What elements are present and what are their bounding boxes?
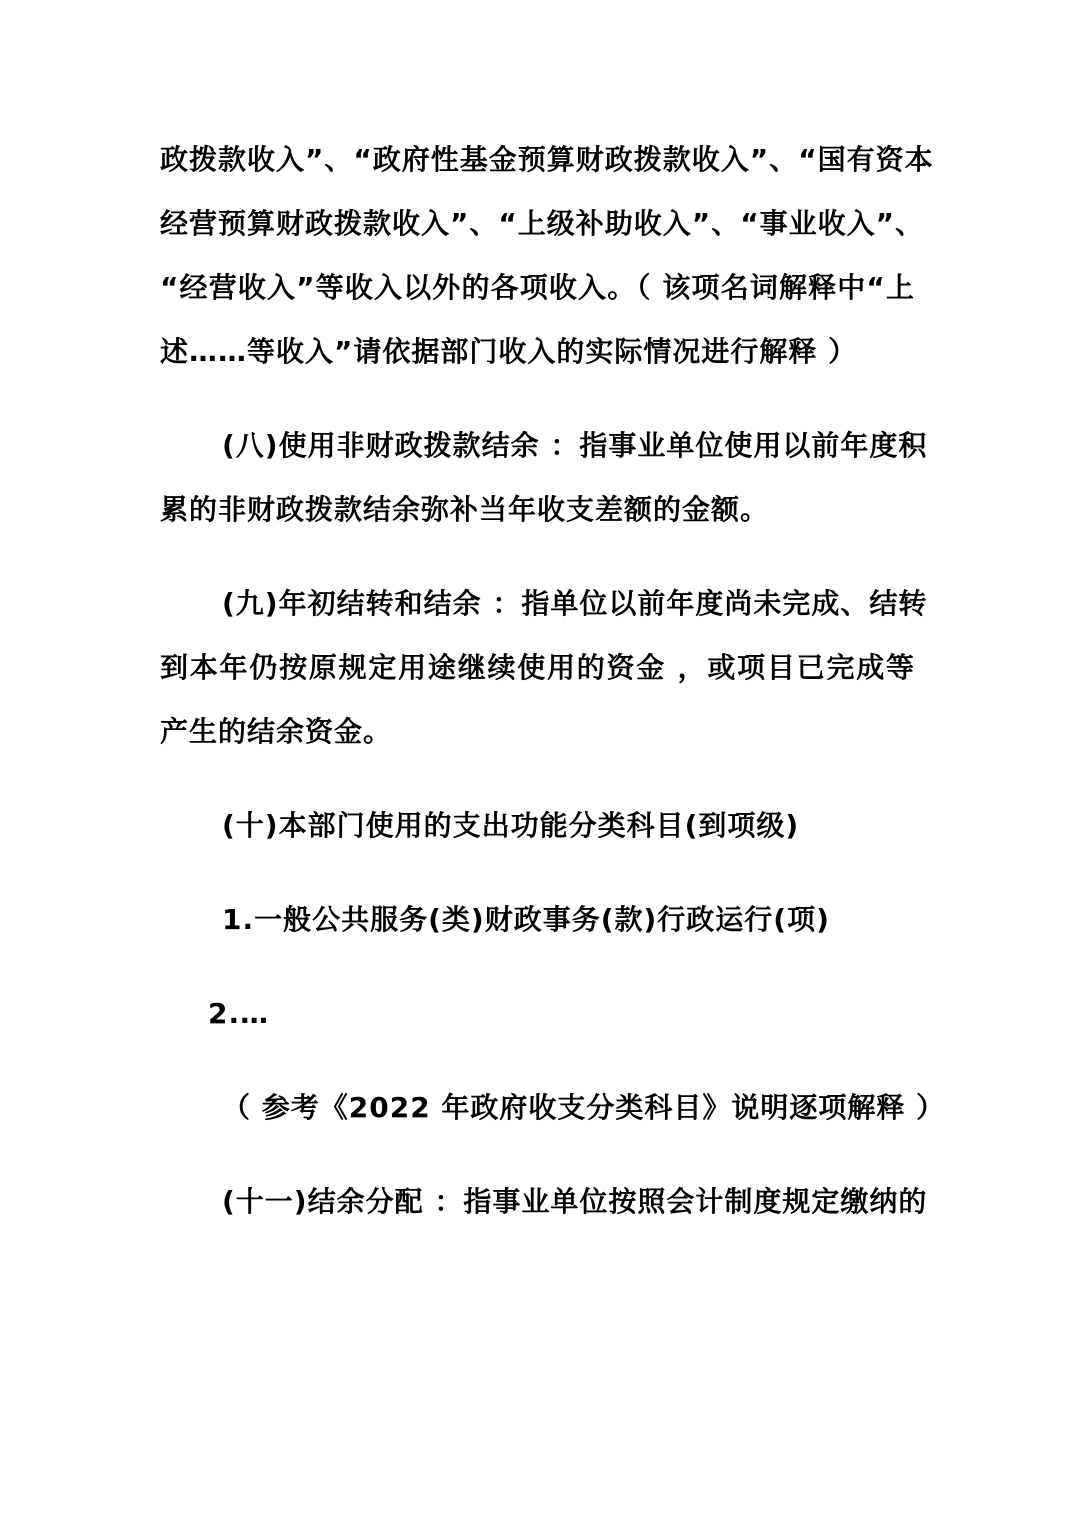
text-line: (九)年初结转和结余 ：指单位以前年度尚未完成、结转 bbox=[160, 572, 915, 636]
text-line: 到本年仍按原规定用途继续使用的资金 ，或项目已完成等 bbox=[160, 636, 915, 700]
text-line: (十)本部门使用的支出功能分类科目(到项级) bbox=[160, 794, 915, 858]
paragraph-item-9-year-begin-carryover: (九)年初结转和结余 ：指单位以前年度尚未完成、结转 到本年仍按原规定用途继续使… bbox=[160, 572, 915, 764]
text-line: “经营收入”等收入以外的各项收入。（ 该项名词解释中“上 bbox=[160, 256, 915, 320]
paragraph-reference-note-2022: （ 参考《2022 年政府收支分类科目》说明逐项解释 ） bbox=[160, 1076, 915, 1140]
paragraph-subitem-1-public-service: 1.一般公共服务(类)财政事务(款)行政运行(项) bbox=[160, 888, 915, 952]
text-line: 经营预算财政拨款收入”、“上级补助收入”、“事业收入”、 bbox=[160, 192, 915, 256]
text-line: (十一)结余分配 ：指事业单位按照会计制度规定缴纳的 bbox=[160, 1170, 915, 1234]
text-line: 1.一般公共服务(类)财政事务(款)行政运行(项) bbox=[160, 888, 915, 952]
paragraph-item-10-expense-classification: (十)本部门使用的支出功能分类科目(到项级) bbox=[160, 794, 915, 858]
paragraph-item-8-non-fiscal-carryover: (八)使用非财政拨款结余 ：指事业单位使用以前年度积 累的非财政拨款结余弥补当年… bbox=[160, 414, 915, 542]
text-line: （ 参考《2022 年政府收支分类科目》说明逐项解释 ） bbox=[160, 1076, 915, 1140]
paragraph-other-income-continuation: 政拨款收入”、“政府性基金预算财政拨款收入”、“国有资本 经营预算财政拨款收入”… bbox=[160, 128, 915, 384]
text-line: 累的非财政拨款结余弥补当年收支差额的金额。 bbox=[160, 478, 915, 542]
text-line: 2.… bbox=[160, 982, 915, 1046]
text-line: 政拨款收入”、“政府性基金预算财政拨款收入”、“国有资本 bbox=[160, 128, 915, 192]
text-line: 述……等收入”请依据部门收入的实际情况进行解释 ） bbox=[160, 320, 915, 384]
text-line: 产生的结余资金。 bbox=[160, 700, 915, 764]
document-page: 政拨款收入”、“政府性基金预算财政拨款收入”、“国有资本 经营预算财政拨款收入”… bbox=[0, 0, 1075, 1521]
paragraph-subitem-2-ellipsis: 2.… bbox=[160, 982, 915, 1046]
text-line: (八)使用非财政拨款结余 ：指事业单位使用以前年度积 bbox=[160, 414, 915, 478]
paragraph-item-11-surplus-distribution: (十一)结余分配 ：指事业单位按照会计制度规定缴纳的 bbox=[160, 1170, 915, 1234]
